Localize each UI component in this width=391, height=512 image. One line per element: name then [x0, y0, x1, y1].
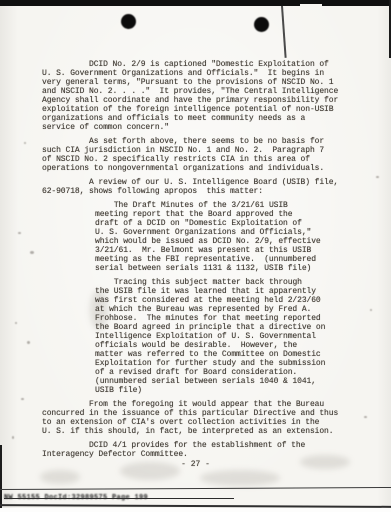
- scan-edge-top-bar: [0, 0, 391, 6]
- hole-punch-right: [254, 17, 269, 32]
- blockquote-draft-minutes: The Draft Minutes of the 3/21/61 USIB me…: [95, 201, 345, 273]
- hole-punch-left: [121, 14, 136, 29]
- scan-edge-left: [0, 445, 2, 512]
- document-body: DCID No. 2/9 is captioned "Domestic Expl…: [42, 60, 374, 464]
- scan-bottom-margin: [0, 508, 391, 512]
- scan-speck: [30, 251, 34, 254]
- scan-smudge: [40, 470, 80, 484]
- scan-speck: [24, 142, 26, 144]
- scan-speck: [27, 341, 30, 344]
- paragraph-bureau-concurred: From the foregoing it would appear that …: [42, 400, 374, 436]
- footer-rule-line: [0, 487, 391, 490]
- page-number: - 27 -: [0, 460, 391, 469]
- scan-speck: [21, 398, 24, 400]
- scan-edge-gap: [300, 4, 322, 7]
- scan-speck: [18, 232, 21, 234]
- scan-speck: [15, 322, 17, 324]
- blockquote-tracing-subject: Tracing this subject matter back through…: [95, 278, 345, 395]
- pen-stroke-mark: [281, 6, 286, 58]
- paragraph-dcid-4-1: DCID 4/1 provides for the establishment …: [42, 441, 374, 459]
- paragraph-dcid-2-9-caption: DCID No. 2/9 is captioned "Domestic Expl…: [42, 60, 374, 132]
- scan-speck: [12, 436, 14, 439]
- scanned-document-page: DCID No. 2/9 is captioned "Domestic Expl…: [0, 0, 391, 512]
- footer-strike-line: [4, 498, 234, 499]
- scan-smudge: [200, 470, 280, 486]
- paragraph-no-basis-jurisdiction: As set forth above, there seems to be no…: [42, 137, 374, 173]
- paragraph-usib-file-review: A review of our U. S. Intelligence Board…: [42, 178, 374, 196]
- scan-speck: [376, 176, 379, 178]
